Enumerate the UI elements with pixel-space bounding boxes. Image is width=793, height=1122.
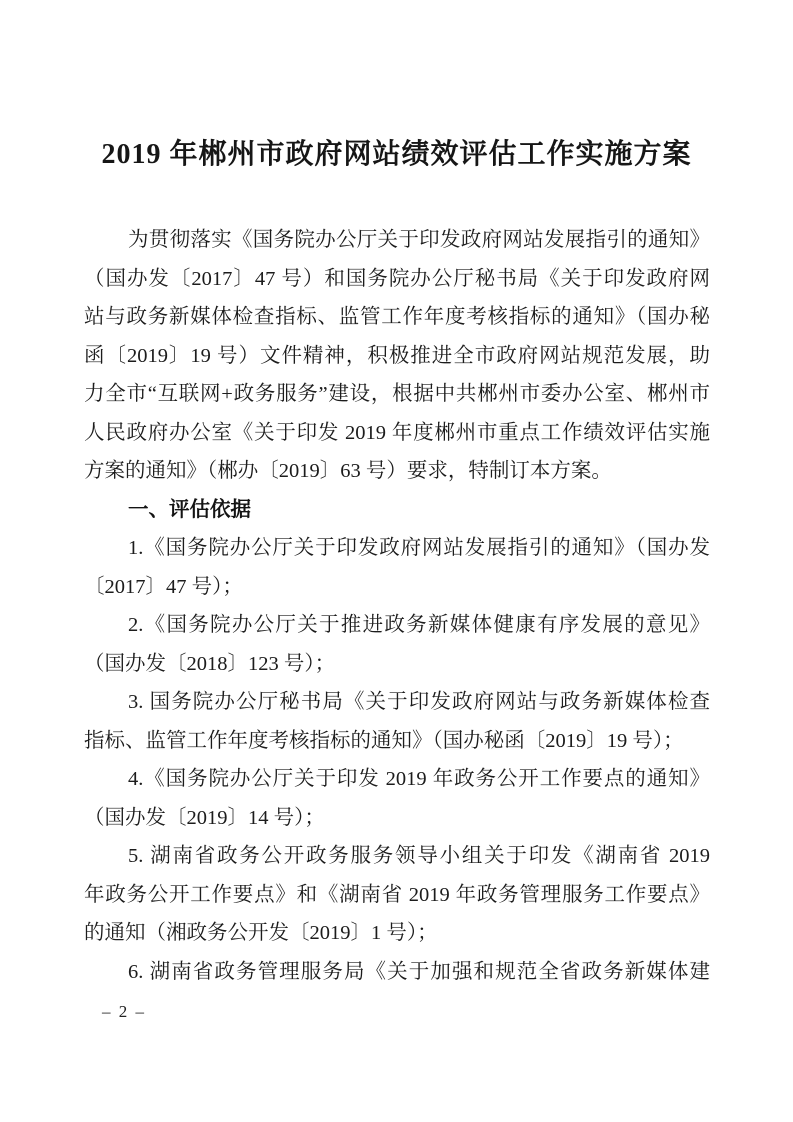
document-title: 2019 年郴州市政府网站绩效评估工作实施方案 (0, 134, 793, 176)
list-item-5-line: 5. 湖南省政务公开政务服务领导小组关于印发《湖南省 2019 (84, 837, 710, 876)
intro-paragraph-line: 人民政府办公室《关于印发 2019 年度郴州市重点工作绩效评估实施 (84, 414, 710, 453)
section-heading: 一、评估依据 (84, 491, 710, 530)
intro-paragraph-line: 站与政务新媒体检查指标、监管工作年度考核指标的通知》（国办秘 (84, 298, 710, 337)
list-item-2-line: （国办发〔2018〕123 号）； (84, 645, 710, 684)
intro-paragraph-line: 为贯彻落实《国务院办公厅关于印发政府网站发展指引的通知》 (84, 221, 710, 260)
list-item-2-line: 2.《国务院办公厅关于推进政务新媒体健康有序发展的意见》 (84, 606, 710, 645)
list-item-4-line: （国办发〔2019〕14 号）； (84, 799, 710, 838)
list-item-3-line: 指标、监管工作年度考核指标的通知》（国办秘函〔2019〕19 号）； (84, 722, 710, 761)
list-item-1-line: 〔2017〕47 号）； (84, 568, 710, 607)
intro-paragraph-line: 函〔2019〕19 号）文件精神，积极推进全市政府网站规范发展，助 (84, 337, 710, 376)
document-page: 2019 年郴州市政府网站绩效评估工作实施方案 为贯彻落实《国务院办公厅关于印发… (0, 0, 793, 1122)
page-number: – 2 – (102, 1002, 146, 1022)
document-body: 为贯彻落实《国务院办公厅关于印发政府网站发展指引的通知》 （国办发〔2017〕4… (84, 221, 710, 991)
intro-paragraph-line: （国办发〔2017〕47 号）和国务院办公厅秘书局《关于印发政府网 (84, 260, 710, 299)
list-item-5-line: 年政务公开工作要点》和《湖南省 2019 年政务管理服务工作要点》 (84, 876, 710, 915)
list-item-5-line: 的通知（湘政务公开发〔2019〕1 号）； (84, 914, 710, 953)
intro-paragraph-line: 方案的通知》（郴办〔2019〕63 号）要求，特制订本方案。 (84, 452, 710, 491)
list-item-3-line: 3. 国务院办公厅秘书局《关于印发政府网站与政务新媒体检查 (84, 683, 710, 722)
intro-paragraph-line: 力全市“互联网+政务服务”建设，根据中共郴州市委办公室、郴州市 (84, 375, 710, 414)
list-item-1-line: 1.《国务院办公厅关于印发政府网站发展指引的通知》（国办发 (84, 529, 710, 568)
list-item-4-line: 4.《国务院办公厅关于印发 2019 年政务公开工作要点的通知》 (84, 760, 710, 799)
list-item-6-line: 6. 湖南省政务管理服务局《关于加强和规范全省政务新媒体建 (84, 953, 710, 992)
